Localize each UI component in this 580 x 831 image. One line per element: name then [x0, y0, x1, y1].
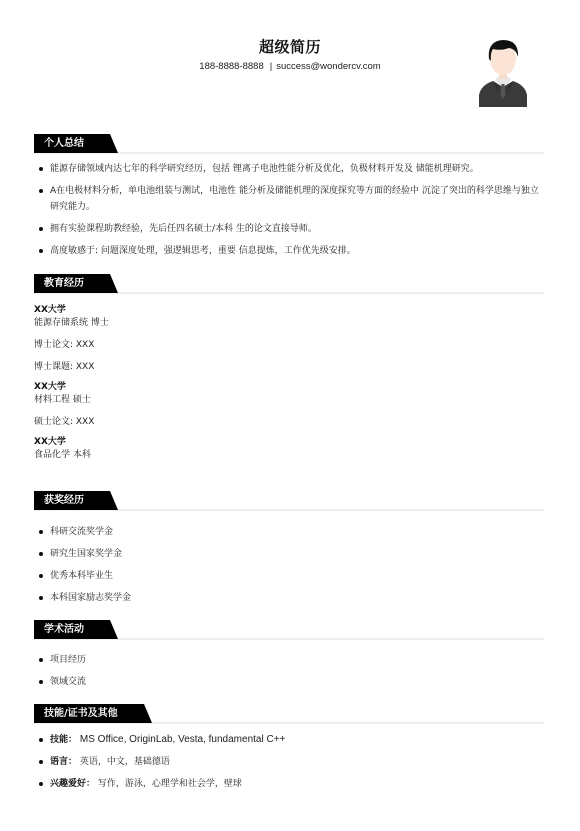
- bullet-icon: [39, 760, 43, 764]
- section-header: 技能/证书及其他: [34, 704, 544, 724]
- list-item: A在电极材料分析，单电池组装与测试，电池性 能分析及储能机理的深度探究等方面的经…: [34, 183, 544, 215]
- list-item: 领域交流: [34, 674, 544, 690]
- list-item: 语言： 英语，中文，基础德语: [34, 754, 544, 770]
- list-item: 项目经历: [34, 652, 544, 668]
- thesis: 硕士论文: XXX: [34, 416, 544, 429]
- thesis: 博士论文: XXX: [34, 339, 544, 352]
- awards-list: 科研交流奖学金 研究生国家奖学金 优秀本科毕业生 本科国家励志奖学金: [34, 524, 544, 606]
- section-academic: 学术活动 项目经历 领域交流: [34, 620, 544, 690]
- bullet-icon: [39, 782, 43, 786]
- bullet-icon: [39, 552, 43, 556]
- section-title: 学术活动: [34, 620, 118, 639]
- section-summary: 个人总结 能源存储领域内达七年的科学研究经历，包括 锂离子电池性能分析及优化，负…: [34, 134, 544, 259]
- bullet-icon: [39, 738, 43, 742]
- language-label: 语言：: [50, 757, 77, 767]
- section-title: 技能/证书及其他: [34, 704, 152, 723]
- education-entry: XX大学 材料工程 硕士 硕士论文: XXX: [34, 381, 544, 429]
- section-title: 教育经历: [34, 274, 118, 293]
- education-entry: XX大学 能源存储系统 博士 博士论文: XXX 博士课题: XXX: [34, 304, 544, 374]
- skills-list: 技能： MS Office, OriginLab, Vesta, fundame…: [34, 732, 544, 792]
- bullet-icon: [39, 189, 43, 193]
- section-header: 学术活动: [34, 620, 544, 640]
- list-item: 研究生国家奖学金: [34, 546, 544, 562]
- section-skills: 技能/证书及其他 技能： MS Office, OriginLab, Vesta…: [34, 704, 544, 792]
- hobby-value: 写作，游泳，心理学和社会学，壁球: [98, 779, 242, 789]
- summary-list: 能源存储领域内达七年的科学研究经历，包括 锂离子电池性能分析及优化，负极材料开发…: [34, 161, 544, 259]
- email-address: success@wondercv.com: [276, 61, 381, 72]
- resume-page: 超级简历 188-8888-8888|success@wondercv.com …: [0, 0, 580, 831]
- contact-separator: |: [270, 61, 272, 72]
- bullet-icon: [39, 596, 43, 600]
- section-title: 个人总结: [34, 134, 118, 153]
- list-item: 技能： MS Office, OriginLab, Vesta, fundame…: [34, 732, 544, 748]
- bullet-icon: [39, 167, 43, 171]
- list-item: 兴趣爱好： 写作，游泳，心理学和社会学，壁球: [34, 776, 544, 792]
- language-value: 英语，中文，基础德语: [80, 757, 170, 767]
- school-name: XX大学: [34, 304, 544, 317]
- education-entry: XX大学 食品化学 本科: [34, 436, 544, 462]
- section-title: 获奖经历: [34, 491, 118, 510]
- person-avatar-icon: [475, 35, 531, 107]
- phone-number: 188-8888-8888: [199, 61, 263, 72]
- list-item: 科研交流奖学金: [34, 524, 544, 540]
- academic-list: 项目经历 领域交流: [34, 652, 544, 690]
- section-awards: 获奖经历 科研交流奖学金 研究生国家奖学金 优秀本科毕业生 本科国家励志奖学金: [34, 491, 544, 606]
- degree: 能源存储系统 博士: [34, 317, 544, 330]
- section-header: 获奖经历: [34, 491, 544, 511]
- bullet-icon: [39, 249, 43, 253]
- hobby-label: 兴趣爱好：: [50, 779, 95, 789]
- section-header: 个人总结: [34, 134, 544, 154]
- bullet-icon: [39, 574, 43, 578]
- bullet-icon: [39, 227, 43, 231]
- bullet-icon: [39, 658, 43, 662]
- list-item: 能源存储领域内达七年的科学研究经历，包括 锂离子电池性能分析及优化，负极材料开发…: [34, 161, 544, 177]
- school-name: XX大学: [34, 381, 544, 394]
- skill-label: 技能：: [50, 735, 77, 745]
- section-education: 教育经历 XX大学 能源存储系统 博士 博士论文: XXX 博士课题: XXX …: [34, 274, 544, 462]
- degree: 食品化学 本科: [34, 449, 544, 462]
- list-item: 高度敏感于: 问题深度处理，强逻辑思考，重要 信息提炼，工作优先级安排。: [34, 243, 544, 259]
- list-item: 优秀本科毕业生: [34, 568, 544, 584]
- bullet-icon: [39, 530, 43, 534]
- list-item: 本科国家励志奖学金: [34, 590, 544, 606]
- degree: 材料工程 硕士: [34, 394, 544, 407]
- research-topic: 博士课题: XXX: [34, 361, 544, 374]
- list-item: 拥有实验课程助教经验，先后任四名硕士/本科 生的论文直接导师。: [34, 221, 544, 237]
- school-name: XX大学: [34, 436, 544, 449]
- bullet-icon: [39, 680, 43, 684]
- skill-value: MS Office, OriginLab, Vesta, fundamental…: [80, 734, 285, 745]
- section-header: 教育经历: [34, 274, 544, 294]
